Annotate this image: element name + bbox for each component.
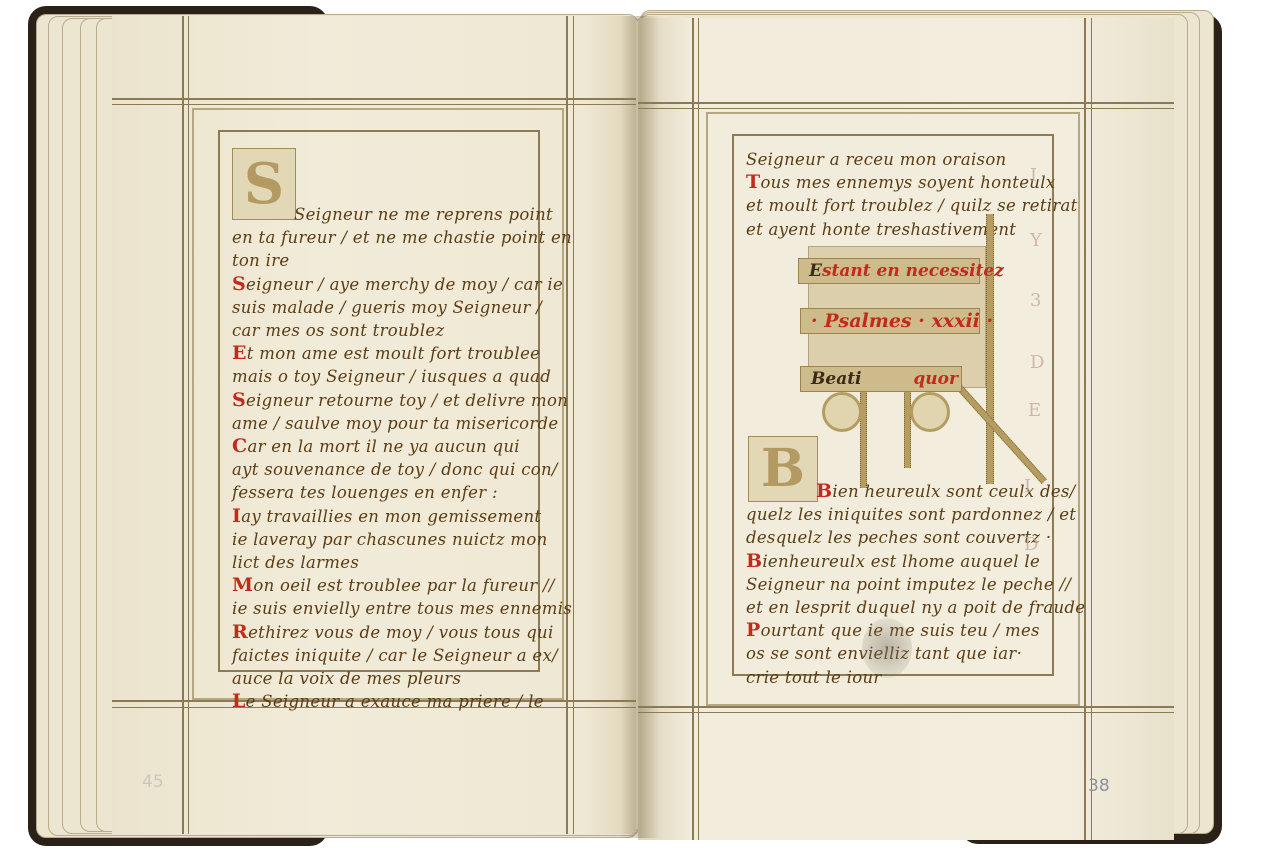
text-line: et moult fort troublez / quilz se retira… xyxy=(746,194,1046,217)
banner-beati: Beati quor xyxy=(800,366,962,392)
gutter xyxy=(620,16,660,838)
text-line: mais o toy Seigneur / iusques a quad xyxy=(232,365,532,388)
gold-pole xyxy=(904,388,911,468)
left-rule-h-top xyxy=(112,98,636,100)
bleed-letter: I xyxy=(1024,476,1031,497)
text-line: desquelz les peches sont couvertz · xyxy=(746,526,1046,549)
left-rule-v-3 xyxy=(566,16,568,834)
text-line: Le Seigneur a exauce ma priere / le xyxy=(232,690,532,713)
left-rule-v-1 xyxy=(182,16,184,834)
page-number-left: 45 xyxy=(142,772,164,792)
right-rule-h-top2 xyxy=(638,108,1174,109)
right-rule-h-bottom xyxy=(638,706,1174,708)
right-rule-v-1 xyxy=(692,18,694,840)
text-line: ame / saulve moy pour ta misericorde xyxy=(232,412,532,435)
text-line: Rethirez vous de moy / vous tous qui xyxy=(232,621,532,644)
text-line: Seigneur / aye merchy de moy / car ie xyxy=(232,273,532,296)
text-line: ie laveray par chascunes nuictz mon xyxy=(232,528,532,551)
page-number-right: 38 xyxy=(1088,776,1110,796)
text-line: auce la voix de mes pleurs xyxy=(232,667,532,690)
text-line: fessera tes louenges en enfer : xyxy=(232,481,532,504)
text-line: Car en la mort il ne ya aucun qui xyxy=(232,435,532,458)
scroll-left-icon xyxy=(822,392,862,432)
banner-estant: Estant en necessitez xyxy=(798,258,980,284)
text-line: Iay travaillies en mon gemissement xyxy=(232,505,532,528)
left-text-block: Seigneur ne me reprens point en ta fureu… xyxy=(232,204,532,713)
gold-pole xyxy=(860,388,867,488)
scroll-right-icon xyxy=(910,392,950,432)
text-line: et ayent honte treshastivement xyxy=(746,218,1046,241)
bleed-letter: E xyxy=(1028,400,1041,421)
right-rule-v-3 xyxy=(1084,18,1086,840)
text-line: car mes os sont troublez xyxy=(232,319,532,342)
text-line: Seigneur ne me reprens point xyxy=(232,204,532,226)
text-line: Seigneur na point imputez le peche // xyxy=(746,573,1046,596)
text-line: ton ire xyxy=(232,249,532,272)
text-line: faictes iniquite / car le Seigneur a ex/ xyxy=(232,644,532,667)
right-text-top: Seigneur a receu mon oraison Tous mes en… xyxy=(746,148,1046,241)
bleed-letter: D xyxy=(1024,534,1038,555)
text-line: ie suis envielly entre tous mes ennemis xyxy=(232,597,532,620)
text-line: suis malade / gueris moy Seigneur / xyxy=(232,296,532,319)
right-rule-h-top xyxy=(638,102,1174,104)
left-rule-h-top2 xyxy=(112,104,636,105)
gold-pole xyxy=(986,214,994,484)
water-stain xyxy=(862,618,912,678)
bleed-letter: I xyxy=(1030,165,1037,186)
text-line: ayt souvenance de toy / donc qui con/ xyxy=(232,458,532,481)
right-rule-v-2 xyxy=(698,18,699,840)
text-line: Bienheureulx est lhome auquel le xyxy=(746,550,1046,573)
text-line: et en lesprit duquel ny a poit de fraude xyxy=(746,596,1046,619)
left-rule-v-4 xyxy=(573,16,574,834)
text-line: Mon oeil est troublee par la fureur // xyxy=(232,574,532,597)
text-line: Et mon ame est moult fort troublee xyxy=(232,342,532,365)
banner-psalmes: · Psalmes · xxxii · xyxy=(800,308,980,334)
bleed-letter: Y xyxy=(1030,230,1042,251)
text-line: quelz les iniquites sont pardonnez / et xyxy=(746,503,1046,526)
text-line: Bien heureulx sont ceulx des/ xyxy=(746,480,1046,503)
text-line: Tous mes ennemys soyent honteulx xyxy=(746,171,1046,194)
text-line: en ta fureur / et ne me chastie point en xyxy=(232,226,532,249)
bleed-letter: 3 xyxy=(1030,290,1041,311)
text-line: Seigneur retourne toy / et delivre mon xyxy=(232,389,532,412)
text-line: Seigneur a receu mon oraison xyxy=(746,148,1046,171)
left-rule-v-2 xyxy=(188,16,189,834)
text-line: lict des larmes xyxy=(232,551,532,574)
right-rule-v-4 xyxy=(1091,18,1092,840)
right-rule-h-bottom2 xyxy=(638,712,1174,713)
bleed-letter: D xyxy=(1030,352,1044,373)
